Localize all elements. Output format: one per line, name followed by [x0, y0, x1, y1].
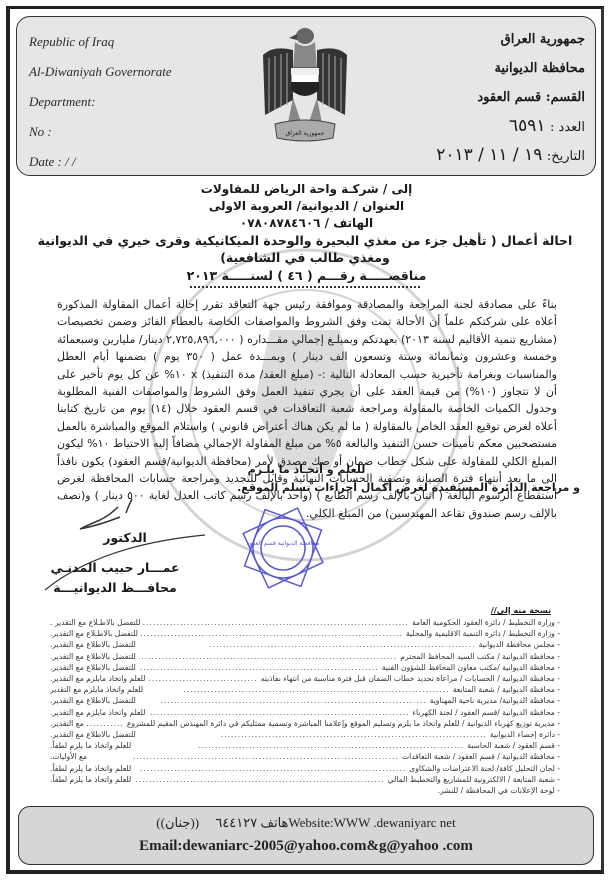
recipient-phone: الهاتف / ٠٧٨٠٨٧٨٤٦٠٦	[0, 215, 613, 232]
list-item: - محافظة الديوانية / مكتب السيد المحافظ …	[50, 651, 560, 662]
department-ar: القسم: قسم العقود	[436, 83, 585, 112]
iraq-eagle-emblem-icon: جمهورية العراق	[253, 20, 357, 148]
list-item: - لجان التحليل كافة/ لجنة الاعتراضات وال…	[50, 763, 560, 774]
official-stamp-icon: محافظة الديوانية قسم العقود	[238, 503, 328, 593]
list-item: - محافظة الديوانية / الحسابات / مراعاة ت…	[50, 673, 560, 684]
date-value: ١٩ / ١١ / ٢٠١٣	[436, 145, 542, 165]
list-item: - محافظة الديوانية/ مديرية ناحية المهناو…	[50, 695, 560, 706]
number-en: No :	[29, 117, 172, 147]
footer-contact-line: هاتف ٦٤٤١٢٧ ((جنان))Website:WWW .dewaniy…	[19, 815, 593, 831]
letterhead-english: Republic of Iraq Al-Diwaniyah Governorat…	[29, 27, 172, 177]
tender-number: مناقصـــــة رقـــم ( ٤٦ ) لسنـــــة ٢٠١٣	[0, 268, 613, 283]
list-item: - دائرة إحصاء الديوانية.................…	[50, 729, 560, 740]
list-item: - محافظة الديوانية / شعبة المتابعة......…	[50, 684, 560, 695]
list-item: - محافظة الديوانية /قسم العقود / لجنة ال…	[50, 707, 560, 718]
governorate-ar: محافظة الديوانية	[436, 54, 585, 83]
signer-title: الدكتور	[60, 528, 190, 548]
list-item: - قسم العقود / شعبة الحاسبة.............…	[50, 740, 560, 751]
footer-phone: هاتف ٦٤٤١٢٧	[215, 815, 288, 830]
list-item: - شعبة المتابعة / الالكترونية للمشاريع و…	[50, 774, 560, 785]
closing-line-2: و مراجعة الدائرة المستفيدة لغرض أكمال أج…	[180, 481, 590, 494]
list-item: - مجلس محافظة الديوانية.................…	[50, 639, 560, 650]
list-item: - وزارة التخطيط / دائرة التنمية الاقليمي…	[50, 628, 560, 639]
list-item: - مديرية توزيع كهرباء الديوانية / للعلم …	[50, 718, 560, 729]
letter-footer: هاتف ٦٤٤١٢٧ ((جنان))Website:WWW .dewaniy…	[18, 806, 594, 865]
footer-email: Email:dewaniarc-2005@yahoo.com&g@yahoo .…	[19, 838, 593, 855]
signer-position: محافـــظ الديوانيـــة	[40, 578, 190, 598]
country-en: Republic of Iraq	[29, 27, 172, 57]
recipient-block: إلى / شركـة واحة الرياض للمقاولات العنوا…	[0, 181, 613, 232]
department-en: Department:	[29, 87, 172, 117]
letter-subject: احالة أعمال ( تأهيل جزء من مغذي البحيرة …	[30, 232, 580, 266]
country-ar: جمهورية العراق	[436, 25, 585, 54]
date-ar: التاريخ: ١٩ / ١١ / ٢٠١٣	[436, 141, 585, 170]
recipient-address: العنوان / الديوانية/ العروبة الاولى	[0, 198, 613, 215]
list-item: - وزارة التخطيط / دائرة العقود الحكومية …	[50, 617, 560, 628]
list-item: - محافظة الديوانية /مكتب معاون المحافظ ل…	[50, 662, 560, 673]
copies-heading: نسخة منه إلى//	[491, 606, 551, 615]
recipient-to: إلى / شركـة واحة الرياض للمقاولات	[0, 181, 613, 198]
letterhead-arabic: جمهورية العراق محافظة الديوانية القسم: ق…	[436, 25, 585, 170]
copies-list: - وزارة التخطيط / دائرة العقود الحكومية …	[50, 617, 560, 796]
svg-text:جمهورية العراق: جمهورية العراق	[286, 130, 325, 137]
list-item: - لوحة الإعلانات في المحافظة / للنشر.	[50, 785, 560, 796]
closing-line-1: للعلم و أتخـاذ ما يلـزم	[0, 463, 613, 476]
divider	[190, 286, 420, 288]
signer-name: عمـــار حبيب المدنـي	[40, 558, 190, 578]
signature-block: الدكتور عمـــار حبيب المدنـي محافـــظ ال…	[40, 528, 190, 598]
governorate-en: Al-Diwaniyah Governorate	[29, 57, 172, 87]
svg-text:محافظة الديوانية قسم العقود: محافظة الديوانية قسم العقود	[247, 540, 320, 547]
list-item: - محافظة الديوانية / قسم العقود / شعبة ا…	[50, 751, 560, 762]
date-label: التاريخ:	[547, 149, 585, 164]
number-ar: العدد : ٦٥٩١	[436, 112, 585, 141]
number-label: العدد :	[550, 120, 585, 135]
number-value: ٦٥٩١	[509, 116, 546, 136]
date-en: Date : / /	[29, 147, 172, 177]
footer-website: ((جنان))Website:WWW .dewaniyarc net	[156, 815, 455, 830]
